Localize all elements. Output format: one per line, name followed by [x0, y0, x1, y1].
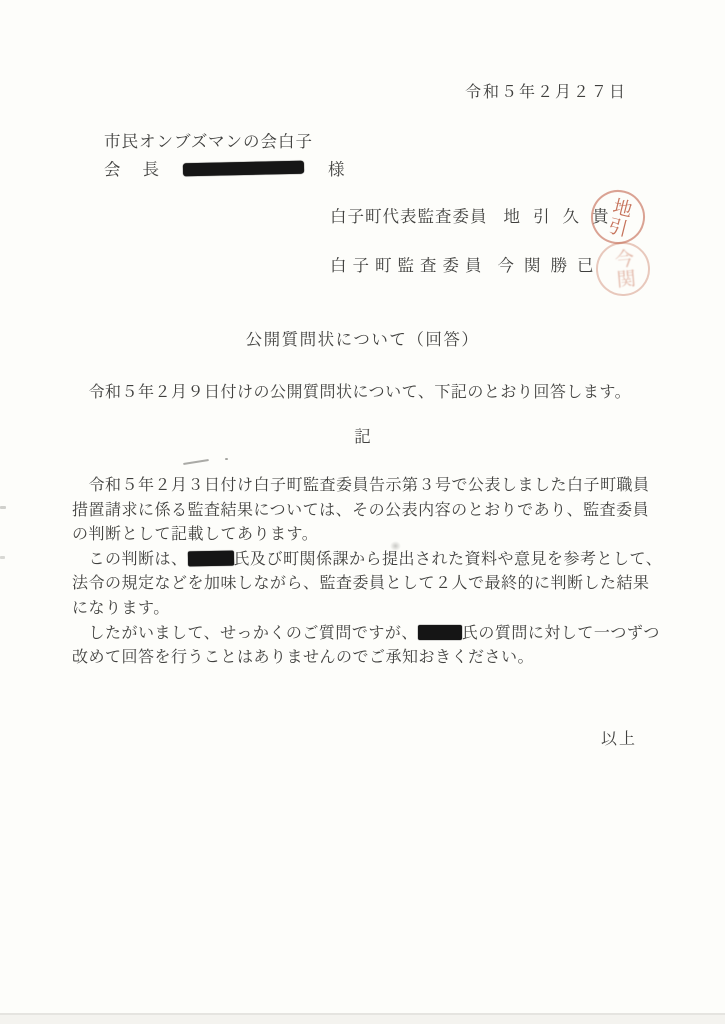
scanned-letter-page: 令和５年２月２７日 市民オンブズマンの会白子 会長 様 白子町代表監査委員地引久… — [0, 0, 725, 1024]
sender-row-auditor: 白子町監査委員今関勝已 — [330, 252, 604, 276]
body-paragraph-3: したがいまして、せっかくのご質問ですが、氏の質問に対して一つずつ 改めて回答を行… — [72, 622, 680, 671]
subject-title: 公開質問状について（回答） — [0, 326, 725, 350]
body-text: 令和５年２月３日付け白子町監査委員告示第３号で公表しました白子町職員 措置請求に… — [72, 474, 680, 671]
closing-marker: 以上 — [601, 726, 637, 749]
sender-title: 白子町代表監査委員 — [330, 207, 488, 226]
pencil-mark-dash — [183, 459, 209, 465]
paragraph-text: したがいまして、せっかくのご質問ですが、 — [72, 625, 418, 642]
inline-redaction-bar — [418, 625, 462, 640]
paragraph-text: この判断は、 — [72, 551, 188, 568]
body-paragraph-1: 令和５年２月３日付け白子町監査委員告示第３号で公表しました白子町職員 措置請求に… — [72, 474, 680, 548]
pencil-mark-dot — [225, 458, 228, 460]
red-seal-stamp-imaseki: 今関 — [594, 240, 653, 299]
body-paragraph-2: この判断は、氏及び町関係課から提出された資料や意見を参考として、 法令の規定など… — [72, 548, 680, 622]
inline-redaction-bar — [187, 550, 233, 566]
recipient-line: 会長 様 — [104, 156, 345, 180]
seal-text: 今関 — [610, 248, 635, 290]
scan-edge-speck — [0, 556, 5, 559]
sender-row-representative-auditor: 白子町代表監査委員地引久貴 — [330, 203, 622, 227]
red-seal-stamp-jibiki: 地引 — [585, 184, 650, 249]
record-marker: 記 — [0, 423, 725, 447]
scan-smudge — [390, 541, 401, 551]
sender-title: 白子町監査委員 — [330, 256, 488, 275]
date-line: 令和５年２月２７日 — [465, 79, 627, 102]
scan-edge-speck — [0, 506, 6, 509]
sender-name: 今関勝已 — [498, 256, 604, 275]
recipient-organization: 市民オンブズマンの会白子 — [104, 128, 313, 152]
seal-text: 地引 — [603, 195, 634, 239]
intro-paragraph: 令和５年２月９日付けの公開質問状について、下記のとおり回答します。 — [72, 379, 692, 402]
redacted-name-bar — [183, 160, 304, 176]
paragraph-text: 令和５年２月３日付け白子町監査委員告示第３号で公表しました白子町職員 措置請求に… — [72, 477, 650, 543]
recipient-honorific: 様 — [328, 156, 345, 180]
recipient-title: 会長 — [104, 156, 181, 180]
scan-bottom-strip — [0, 1015, 725, 1024]
